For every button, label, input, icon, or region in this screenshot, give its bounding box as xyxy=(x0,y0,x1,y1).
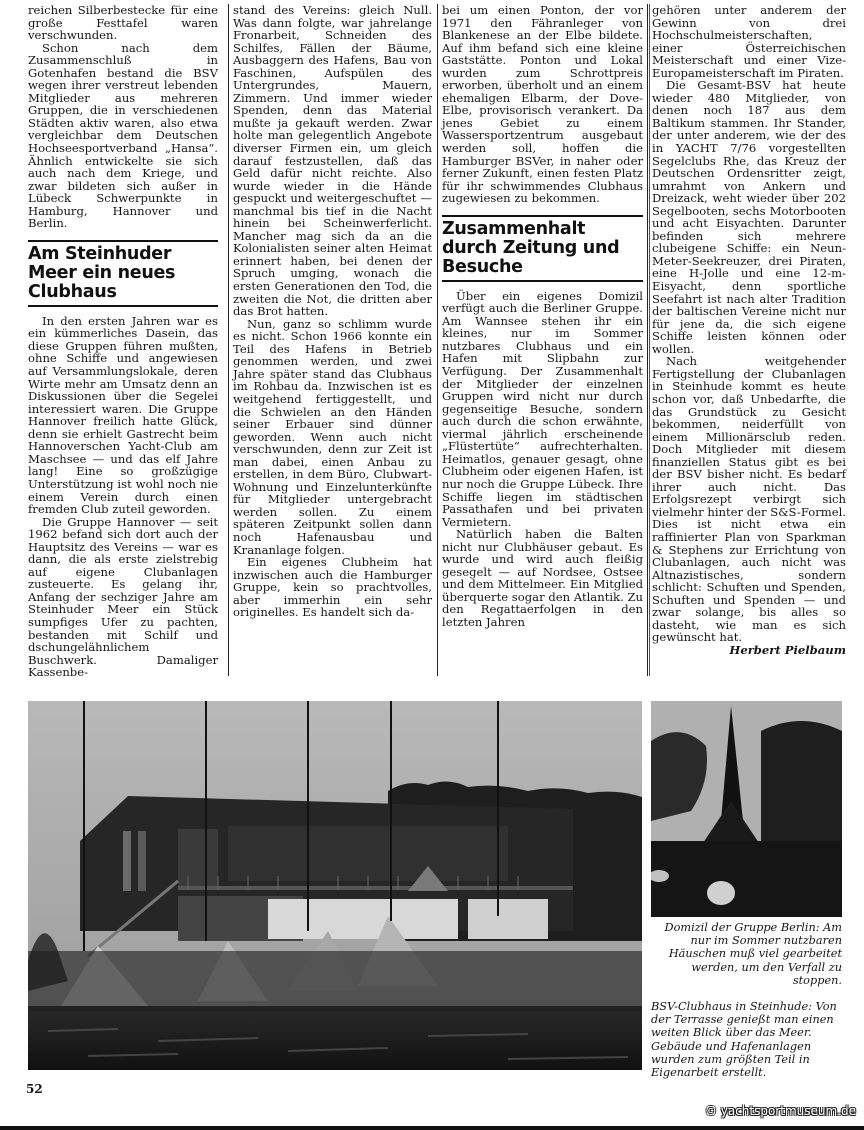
paragraph: Nach weitgehender Fertigstellung der Clu… xyxy=(652,355,846,644)
copyright-watermark: © yachtsportmuseum.de xyxy=(705,1104,856,1118)
section-heading-zusammenhalt: Zusammenhalt durch Zeitung und Besuche xyxy=(442,215,643,282)
paragraph: Nun, ganz so schlimm wurde es nicht. Sch… xyxy=(233,318,432,556)
photo-caption-berlin: Domizil der Gruppe Berlin: Am nur im Som… xyxy=(651,921,842,987)
page-number: 52 xyxy=(26,1082,43,1096)
section-heading-steinhuder-meer: Am Steinhuder Meer ein neues Clubhaus xyxy=(28,240,218,307)
paragraph: Über ein eigenes Domizil verfügt auch di… xyxy=(442,290,643,528)
paragraph: Ein eigenes Clubheim hat inzwischen auch… xyxy=(233,556,432,619)
photo-caption-steinhude: BSV-Clubhaus in Steinhude: Von der Terra… xyxy=(651,1000,842,1079)
article-column-3: bei um einen Ponton, der vor 1971 den Fä… xyxy=(437,4,648,676)
scan-edge xyxy=(0,1126,864,1130)
paragraph: Die Gesamt-BSV hat heute wieder 480 Mitg… xyxy=(652,79,846,355)
paragraph: stand des Vereins: gleich Null. Was dann… xyxy=(233,4,432,318)
paragraph: gehören unter anderem der Gewinn von dre… xyxy=(652,4,846,79)
paragraph: Die Gruppe Hannover — seit 1962 befand s… xyxy=(28,516,218,679)
paragraph: In den ersten Jahren war es ein kümmerli… xyxy=(28,315,218,516)
article-column-2: stand des Vereins: gleich Null. Was dann… xyxy=(228,4,432,676)
paragraph: Schon nach dem Zusammenschluß in Gotenha… xyxy=(28,42,218,230)
paragraph: bei um einen Ponton, der vor 1971 den Fä… xyxy=(442,4,643,205)
clubhouse-photo xyxy=(28,701,642,1070)
paragraph: reichen Silberbestecke für eine große Fe… xyxy=(28,4,218,42)
article-column-1: reichen Silberbestecke für eine große Fe… xyxy=(28,4,218,679)
paragraph: Natürlich haben die Balten nicht nur Clu… xyxy=(442,528,643,628)
author-signature: Herbert Pielbaum xyxy=(652,644,846,657)
berlin-domicile-photo xyxy=(651,701,842,917)
article-column-4: gehören unter anderem der Gewinn von dre… xyxy=(649,4,846,676)
clubhouse-photo-image xyxy=(28,701,642,1070)
berlin-domicile-photo-image xyxy=(651,701,842,917)
